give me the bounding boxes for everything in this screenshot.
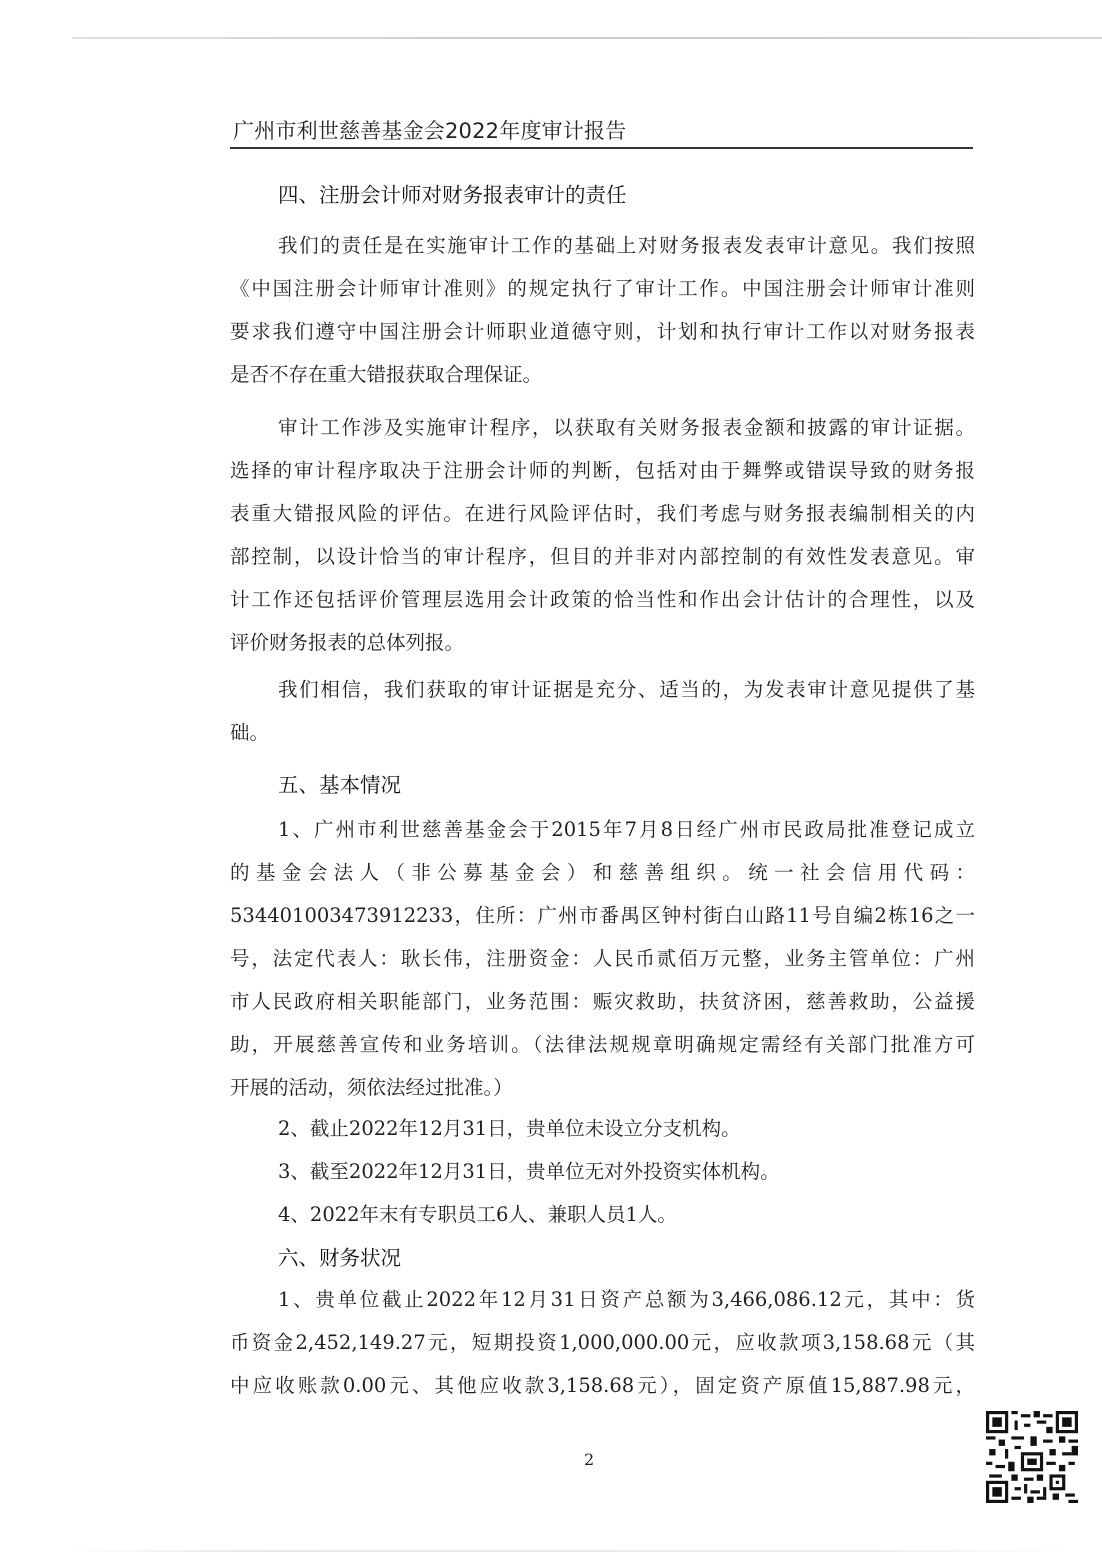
paragraph-line: 2、截止2022年12月31日，贵单位未设立分支机构。 [278, 1114, 975, 1144]
paragraph-line: 534401003473912233，住所：广州市番禺区钟村街白山路11号自编2… [230, 901, 975, 931]
paragraph-line: 计工作还包括评价管理层选用会计政策的恰当性和作出会计估计的合理性，以及 [230, 585, 975, 615]
paragraph-line: 我们相信，我们获取的审计证据是充分、适当的，为发表审计意见提供了基 [278, 675, 975, 705]
header-divider [230, 147, 973, 149]
paragraph-line: 《中国注册会计师审计准则》的规定执行了审计工作。中国注册会计师审计准则 [230, 274, 975, 304]
paragraph-line: 币资金2,452,149.27元，短期投资1,000,000.00元，应收款项3… [230, 1328, 975, 1358]
paragraph-line: 1、广州市利世慈善基金会于2015年7月8日经广州市民政局批准登记成立 [278, 815, 975, 845]
paragraph-line: 表重大错报风险的评估。在进行风险评估时，我们考虑与财务报表编制相关的内 [230, 499, 975, 529]
paragraph-line: 开展的活动，须依法经过批准。） [230, 1073, 975, 1103]
paragraph-line: 助，开展慈善宣传和业务培训。（法律法规规章明确规定需经有关部门批准方可 [230, 1030, 975, 1060]
qr-code-pattern [986, 1411, 1078, 1503]
section-heading: 四、注册会计师对财务报表审计的责任 [278, 180, 975, 210]
paragraph-line: 审计工作涉及实施审计程序，以获取有关财务报表金额和披露的审计证据。 [278, 413, 975, 443]
paragraph-line: 1、贵单位截止2022年12月31日资产总额为3,466,086.12元，其中：… [278, 1285, 975, 1315]
paragraph-line: 选择的审计程序取决于注册会计师的判断，包括对由于舞弊或错误导致的财务报 [230, 456, 975, 486]
verification-qr-code-icon[interactable] [986, 1411, 1078, 1503]
page-number: 2 [584, 1450, 594, 1469]
paragraph-line: 评价财务报表的总体列报。 [230, 628, 975, 658]
section-heading: 五、基本情况 [278, 770, 975, 800]
paragraph-line: 的基金会法人（非公募基金会）和慈善组织。统一社会信用代码： [230, 858, 975, 888]
paragraph-line: 要求我们遵守中国注册会计师职业道德守则，计划和执行审计工作以对财务报表 [230, 317, 975, 347]
paragraph-line: 中应收账款0.00元、其他应收款3,158.68元），固定资产原值15,887.… [230, 1371, 975, 1401]
scan-edge-line [72, 37, 1102, 39]
paragraph-line: 3、截至2022年12月31日，贵单位无对外投资实体机构。 [278, 1157, 975, 1187]
paragraph-line: 部控制，以设计恰当的审计程序，但目的并非对内部控制的有效性发表意见。审 [230, 542, 975, 572]
paragraph-line: 号，法定代表人：耿长伟，注册资金：人民币贰佰万元整，业务主管单位：广州 [230, 944, 975, 974]
paragraph-line: 是否不存在重大错报获取合理保证。 [230, 360, 975, 390]
paragraph-line: 我们的责任是在实施审计工作的基础上对财务报表发表审计意见。我们按照 [278, 231, 975, 261]
paragraph-line: 础。 [230, 718, 975, 748]
scan-edge-bottom [70, 1550, 1070, 1552]
paragraph-line: 4、2022年末有专职员工6人、兼职人员1人。 [278, 1200, 975, 1230]
section-heading: 六、财务状况 [278, 1243, 975, 1273]
paragraph-line: 市人民政府相关职能部门，业务范围：赈灾救助，扶贫济困，慈善救助，公益援 [230, 987, 975, 1017]
report-header-title: 广州市利世慈善基金会2022年度审计报告 [233, 116, 973, 146]
